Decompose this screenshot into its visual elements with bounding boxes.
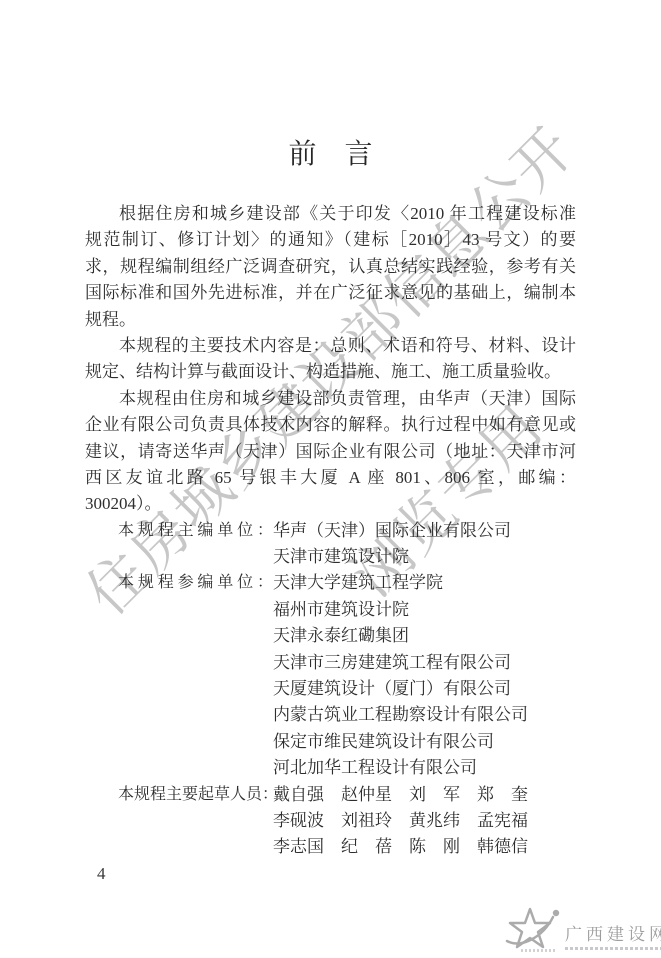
participating-unit-value: 天厦建筑设计（厦门）有限公司 <box>273 676 576 702</box>
drafters-names: 李砚波 刘祖玲 黄兆纬 孟宪福 <box>273 808 576 834</box>
paragraph-line: 企业有限公司负责具体技术内容的解释。执行过程中如有意见或 <box>85 412 576 438</box>
participating-unit-value: 天津市三房建建筑工程有限公司 <box>273 650 576 676</box>
participating-unit-row: 天津永泰红磡集团 <box>85 623 576 649</box>
label-spacer <box>118 597 273 623</box>
participating-unit-row: 河北加华工程设计有限公司 <box>85 755 576 781</box>
participating-unit-value: 福州市建筑设计院 <box>273 597 576 623</box>
participating-unit-row: 内蒙古筑业工程勘察设计有限公司 <box>85 702 576 728</box>
paragraph-line: 根据住房和城乡建设部《关于印发〈2010 年工程建设标准 <box>85 201 576 227</box>
paragraph-line: 规定、结构计算与截面设计、构造措施、施工、施工质量验收。 <box>85 359 576 385</box>
drafters-names: 李志国 纪 蓓 陈 刚 韩德信 <box>273 834 576 860</box>
participating-unit-value: 河北加华工程设计有限公司 <box>273 755 576 781</box>
page-number: 4 <box>97 864 106 884</box>
participating-unit-row: 福州市建筑设计院 <box>85 597 576 623</box>
participating-unit-value: 内蒙古筑业工程勘察设计有限公司 <box>273 702 576 728</box>
label-spacer <box>118 702 273 728</box>
paragraph-line: 本规程由住房和城乡建设部负责管理，由华声（天津）国际 <box>85 386 576 412</box>
star-icon <box>503 903 561 958</box>
label-spacer <box>118 544 273 570</box>
participating-unit-value: 保定市维民建筑设计有限公司 <box>273 729 576 755</box>
logo-tagline <box>565 947 661 950</box>
participating-unit-row: 保定市维民建筑设计有限公司 <box>85 729 576 755</box>
paragraph-line: 300204）。 <box>85 491 576 517</box>
label-spacer <box>118 623 273 649</box>
participating-units-label: 本规程参编单位： <box>118 570 273 596</box>
label-spacer <box>118 676 273 702</box>
paragraph-line: 本规程的主要技术内容是：总则、术语和符号、材料、设计 <box>85 333 576 359</box>
chief-editor-value: 天津市建筑设计院 <box>273 544 576 570</box>
body-text: 根据住房和城乡建设部《关于印发〈2010 年工程建设标准 规范制订、修订计划〉的… <box>85 201 576 861</box>
participating-unit-value: 天津大学建筑工程学院 <box>273 570 576 596</box>
drafters-names: 戴自强 赵仲星 刘 军 郑 奎 <box>273 782 576 808</box>
logo-microtext <box>521 949 555 952</box>
chief-editor-row: 本规程主编单位： 华声（天津）国际企业有限公司 <box>85 518 576 544</box>
logo-text: 广西建设网 <box>565 920 661 945</box>
participating-unit-row: 本规程参编单位： 天津大学建筑工程学院 <box>85 570 576 596</box>
paragraph-line: 西区友谊北路 65 号银丰大厦 A 座 801、806 室，邮编： <box>85 465 576 491</box>
chief-editor-label: 本规程主编单位： <box>118 518 273 544</box>
participating-unit-value: 天津永泰红磡集团 <box>273 623 576 649</box>
drafters-label: 本规程主要起草人员： <box>118 782 273 808</box>
paragraph-line: 国际标准和国外先进标准，并在广泛征求意见的基础上，编制本 <box>85 280 576 306</box>
chief-editor-value: 华声（天津）国际企业有限公司 <box>273 518 576 544</box>
paragraph-line: 规程。 <box>85 307 576 333</box>
drafters-row: 李砚波 刘祖玲 黄兆纬 孟宪福 <box>85 808 576 834</box>
label-spacer <box>118 834 273 860</box>
chief-editor-row: 天津市建筑设计院 <box>85 544 576 570</box>
page-title: 前 言 <box>85 132 576 172</box>
site-logo: 广西建设网 <box>503 903 661 958</box>
label-spacer <box>118 650 273 676</box>
label-spacer <box>118 729 273 755</box>
paragraph-line: 建议，请寄送华声（天津）国际企业有限公司（地址：天津市河 <box>85 439 576 465</box>
paragraph-line: 求，规程编制组经广泛调查研究，认真总结实践经验，参考有关 <box>85 254 576 280</box>
paragraph-line: 规范制订、修订计划〉的通知》（建标［2010］43 号文）的要 <box>85 227 576 253</box>
participating-unit-row: 天津市三房建建筑工程有限公司 <box>85 650 576 676</box>
label-spacer <box>118 808 273 834</box>
drafters-row: 李志国 纪 蓓 陈 刚 韩德信 <box>85 834 576 860</box>
drafters-row: 本规程主要起草人员： 戴自强 赵仲星 刘 军 郑 奎 <box>85 782 576 808</box>
label-spacer <box>118 755 273 781</box>
participating-unit-row: 天厦建筑设计（厦门）有限公司 <box>85 676 576 702</box>
document-page: 住房城乡建设部信息公开 浏览专用 前 言 根据住房和城乡建设部《关于印发〈201… <box>0 0 661 958</box>
